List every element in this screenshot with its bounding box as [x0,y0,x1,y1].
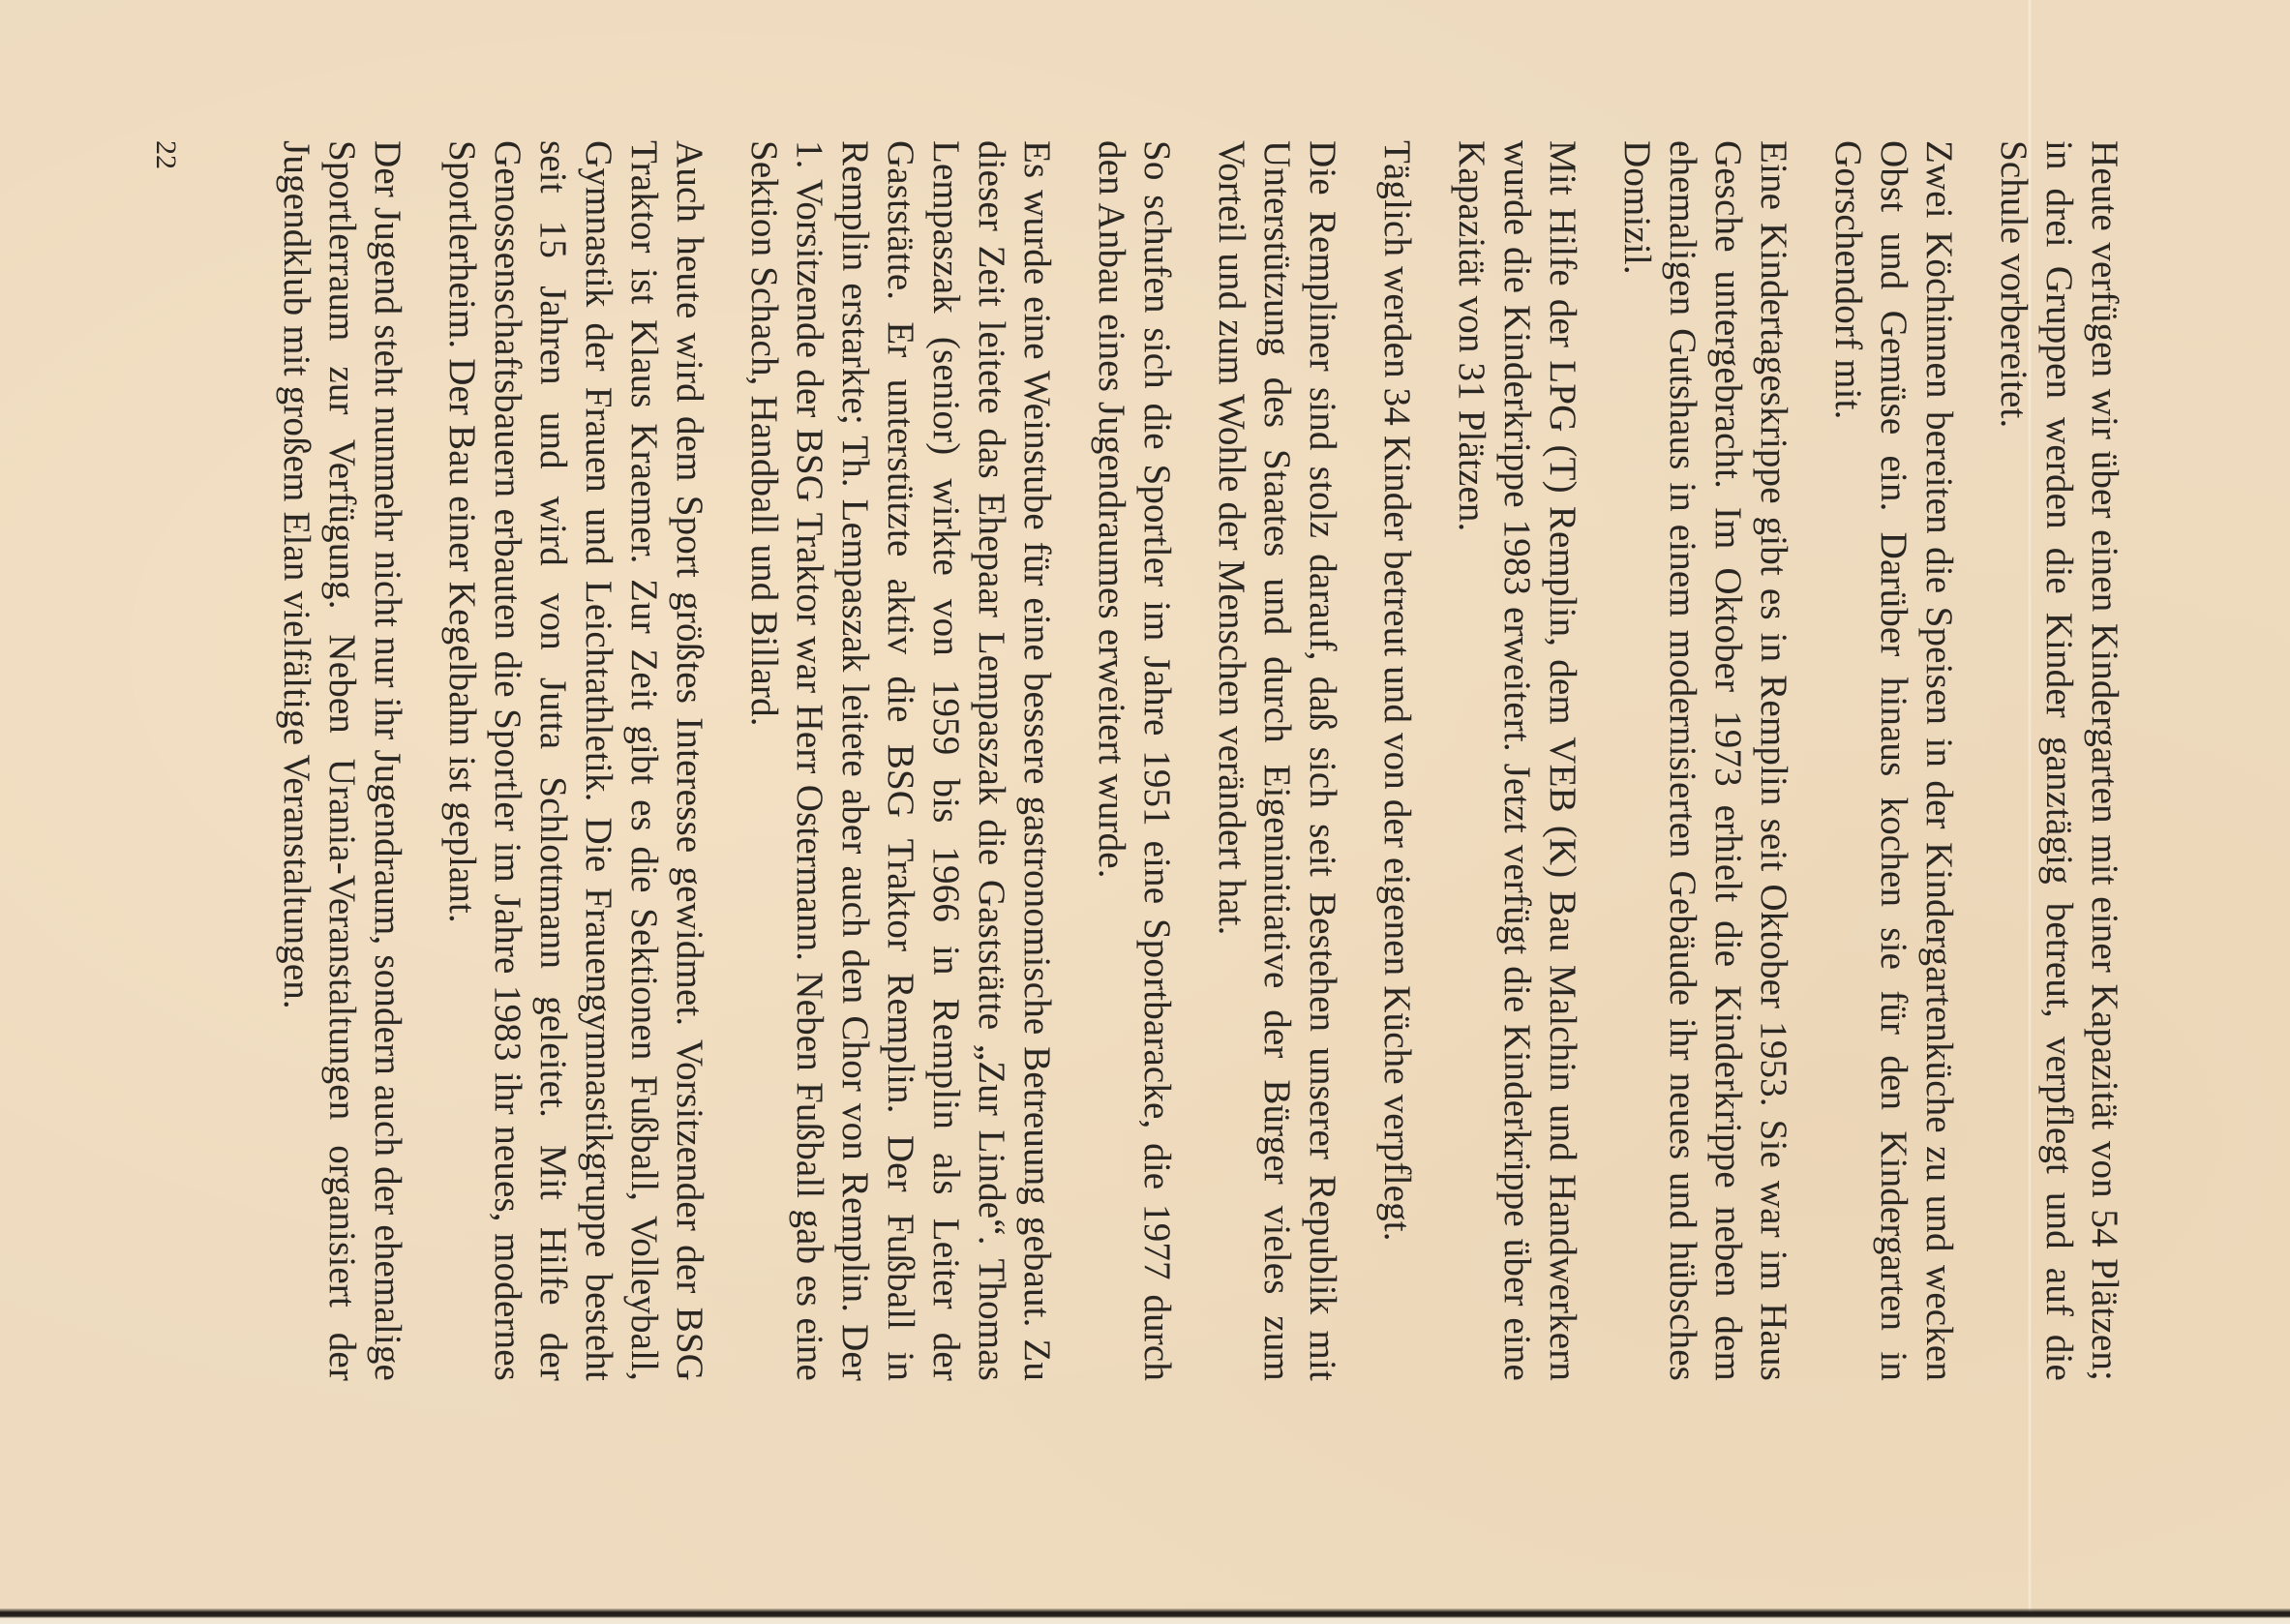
paragraph-taeglich: Täglich werden 34 Kinder betreut und von… [1374,140,1420,1381]
paragraph-lpg-erweiterung: Mit Hilfe der LPG (T) Remplin, dem VEB (… [1449,140,1585,1381]
paragraph-koechinnen: Zwei Köchinnen bereiten die Speisen in d… [1825,140,1962,1381]
paragraph-sport-heute: Auch heute wird dem Sport größtes Intere… [439,140,712,1381]
page-number: 22 [149,140,182,169]
paragraph-kindertageskrippe: Eine Kindertageskrippe gibt es in Rempli… [1614,140,1796,1381]
paragraph-sportbaracke: So schufen sich die Sportler im Jahre 19… [1089,140,1180,1381]
paragraph-kindergarten: Heute verfügen wir über einen Kindergart… [1991,140,2127,1381]
paragraph-jugend: Der Jugend steht nunmehr nicht nur ihr J… [274,140,410,1381]
paragraph-rempliner-stolz: Die Rempliner sind stolz darauf, daß sic… [1209,140,1345,1381]
rotated-page: Heute verfügen wir über einen Kindergart… [0,0,2290,1624]
body-text: Heute verfügen wir über einen Kindergart… [245,140,2127,1381]
paragraph-weinstube: Es wurde eine Weinstube für eine bessere… [741,140,1060,1381]
